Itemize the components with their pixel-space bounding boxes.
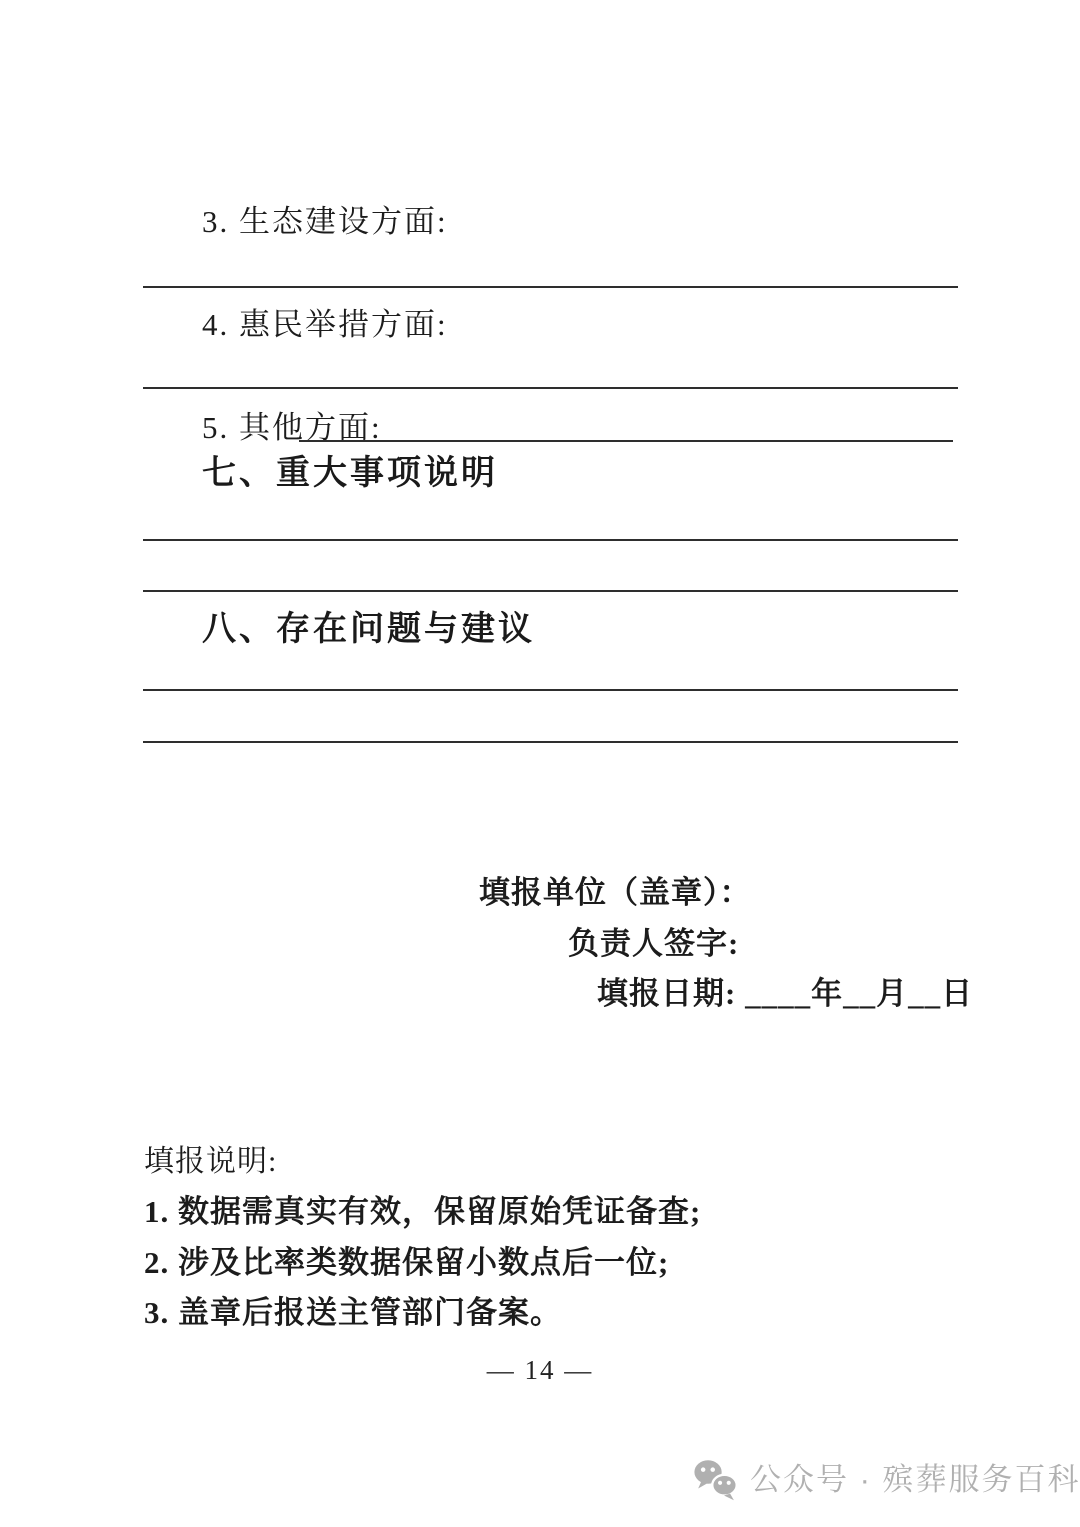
blank-answer-line-6 (143, 741, 958, 743)
note-item-1: 1. 数据需真实有效，保留原始凭证备查; (144, 1193, 701, 1231)
reporting-unit-seal-label: 填报单位（盖章）： (479, 874, 752, 912)
watermark-text: 公众号 · 殡葬服务百科 (750, 1459, 1080, 1501)
form-item-3-label: 3. 生态建设方面: (202, 203, 448, 241)
form-item-4-label: 4. 惠民举措方面: (202, 306, 448, 344)
document-page: 3. 生态建设方面: 4. 惠民举措方面: 5. 其他方面: 七、重大事项说明 … (0, 0, 1080, 1527)
blank-answer-line-5 (143, 689, 958, 691)
blank-answer-line-2 (143, 387, 958, 389)
item-5-fill-in-blank (299, 408, 953, 442)
watermark-footer: 公众号 · 殡葬服务百科 (693, 1459, 1080, 1501)
notes-title: 填报说明: (144, 1144, 277, 1180)
section-8-heading: 八、存在问题与建议 (202, 609, 535, 649)
section-7-heading: 七、重大事项说明 (202, 453, 498, 493)
page-number: — 14 — (0, 1355, 1080, 1386)
wechat-icon (693, 1459, 740, 1501)
note-item-2: 2. 涉及比率类数据保留小数点后一位; (144, 1244, 669, 1282)
blank-answer-line-3 (143, 539, 958, 541)
reporting-date-label: 填报日期: ____年__月__日 (597, 975, 973, 1013)
blank-answer-line-4 (143, 590, 958, 592)
person-in-charge-signature-label: 负责人签字: (568, 925, 739, 963)
blank-answer-line-1 (143, 286, 958, 288)
note-item-3: 3. 盖章后报送主管部门备案。 (144, 1294, 562, 1332)
